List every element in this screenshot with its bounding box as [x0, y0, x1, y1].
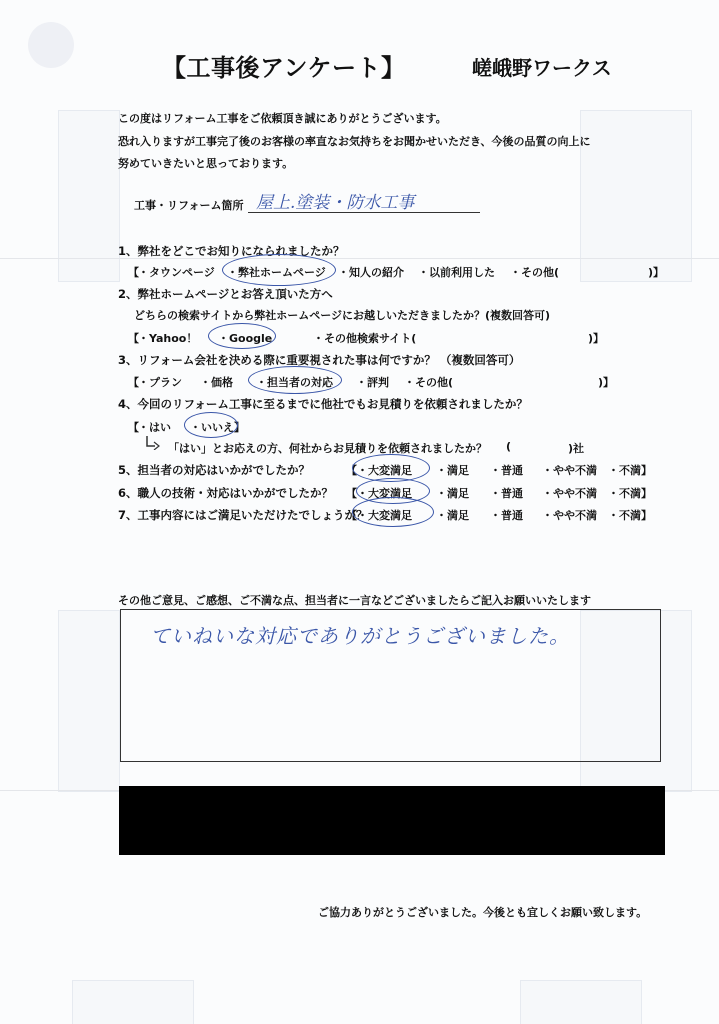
followup-blank[interactable]: (: [506, 440, 511, 453]
comments-label: その他ご意見、ご感想、ご不満な点、担当者に一言などございましたらご記入お願いいた…: [118, 592, 591, 608]
paper-fold: [0, 258, 719, 259]
intro-line-3: 努めていきたいと思っております。: [118, 155, 293, 171]
option-referral[interactable]: ・知人の紹介: [338, 264, 404, 280]
option-dissatisfied[interactable]: ・不満】: [608, 507, 652, 523]
question-2-subtext: どちらの検索サイトから弊社ホームページにお越しいただきましたか？(複数回答可): [134, 307, 550, 323]
option-satisfied[interactable]: ・満足: [436, 462, 469, 478]
option-somewhat-dissatisfied[interactable]: ・やや不満: [542, 485, 597, 501]
option-somewhat-dissatisfied[interactable]: ・やや不満: [542, 462, 597, 478]
option-somewhat-dissatisfied[interactable]: ・やや不満: [542, 507, 597, 523]
question-3: 3、リフォーム会社を決める際に重要視された事は何ですか？ （複数回答可）: [118, 352, 520, 368]
followup-suffix: )社: [568, 440, 584, 456]
company-name: 嵯峨野ワークス: [472, 52, 612, 81]
option-no[interactable]: ・いいえ】: [190, 419, 245, 435]
survey-title: 【工事後アンケート】: [162, 48, 406, 83]
option-townpage[interactable]: ・タウンページ: [138, 264, 215, 280]
arrow-right-icon: [146, 436, 160, 450]
followup-text: 「はい」とお応えの方、何社からお見積りを依頼されましたか？: [168, 440, 487, 456]
option-satisfied[interactable]: ・満足: [436, 485, 469, 501]
question-2: 2、弊社ホームページとお答え頂いた方へ: [118, 286, 333, 302]
option-neutral[interactable]: ・普通: [490, 507, 523, 523]
question-5: 5、担当者の対応はいかがでしたか？: [118, 462, 310, 478]
redacted-block: [119, 786, 665, 855]
bracket-close: )】: [648, 264, 664, 280]
location-underline: [248, 212, 480, 213]
option-yes[interactable]: ・はい: [138, 419, 171, 435]
location-label: 工事・リフォーム箇所: [134, 197, 243, 213]
option-other[interactable]: ・その他(: [404, 374, 453, 390]
bracket-close: )】: [588, 330, 604, 346]
scan-artifact: [72, 980, 194, 1024]
option-staff-response[interactable]: ・担当者の対応: [256, 374, 333, 390]
scan-artifact: [28, 22, 74, 68]
location-field[interactable]: 屋上.塗装・防水工事: [256, 188, 414, 213]
option-very-satisfied[interactable]: 【・大変満足: [346, 485, 412, 501]
question-6: 6、職人の技術・対応はいかがでしたか？: [118, 485, 333, 501]
option-neutral[interactable]: ・普通: [490, 462, 523, 478]
option-other-search[interactable]: ・その他検索サイト(: [313, 330, 416, 346]
option-dissatisfied[interactable]: ・不満】: [608, 485, 652, 501]
question-7: 7、工事内容にはご満足いただけたでしょうか？: [118, 507, 368, 523]
option-very-satisfied[interactable]: 【・大変満足: [346, 507, 412, 523]
scan-artifact: [580, 110, 692, 282]
option-price[interactable]: ・価格: [200, 374, 233, 390]
option-very-satisfied[interactable]: 【・大変満足: [346, 462, 412, 478]
intro-line-2: 恐れ入りますが工事完了後のお客様の率直なお気持ちをお聞かせいただき、今後の品質の…: [118, 133, 591, 149]
intro-line-1: この度はリフォーム工事をご依頼頂き誠にありがとうございます。: [118, 110, 447, 126]
option-satisfied[interactable]: ・満足: [436, 507, 469, 523]
scan-artifact: [58, 110, 120, 282]
option-company-homepage[interactable]: ・弊社ホームページ: [227, 264, 326, 280]
option-reputation[interactable]: ・評判: [356, 374, 389, 390]
question-4: 4、今回のリフォーム工事に至るまでに他社でもお見積りを依頼されましたか？: [118, 396, 528, 412]
option-plan[interactable]: ・プラン: [138, 374, 182, 390]
option-dissatisfied[interactable]: ・不満】: [608, 462, 652, 478]
option-yahoo[interactable]: ・Yahoo！: [138, 330, 197, 346]
bracket-close: )】: [598, 374, 614, 390]
option-neutral[interactable]: ・普通: [490, 485, 523, 501]
option-google[interactable]: ・Google: [218, 330, 272, 346]
scan-artifact: [58, 610, 120, 792]
thanks-message: ご協力ありがとうございました。今後とも宜しくお願い致します。: [318, 904, 647, 920]
scan-artifact: [520, 980, 642, 1024]
option-other[interactable]: ・その他(: [510, 264, 559, 280]
option-previous-use[interactable]: ・以前利用した: [418, 264, 495, 280]
comments-value: ていねいな対応でありがとうございました。: [150, 620, 570, 649]
question-1: 1、弊社をどこでお知りになられましたか？: [118, 243, 345, 259]
